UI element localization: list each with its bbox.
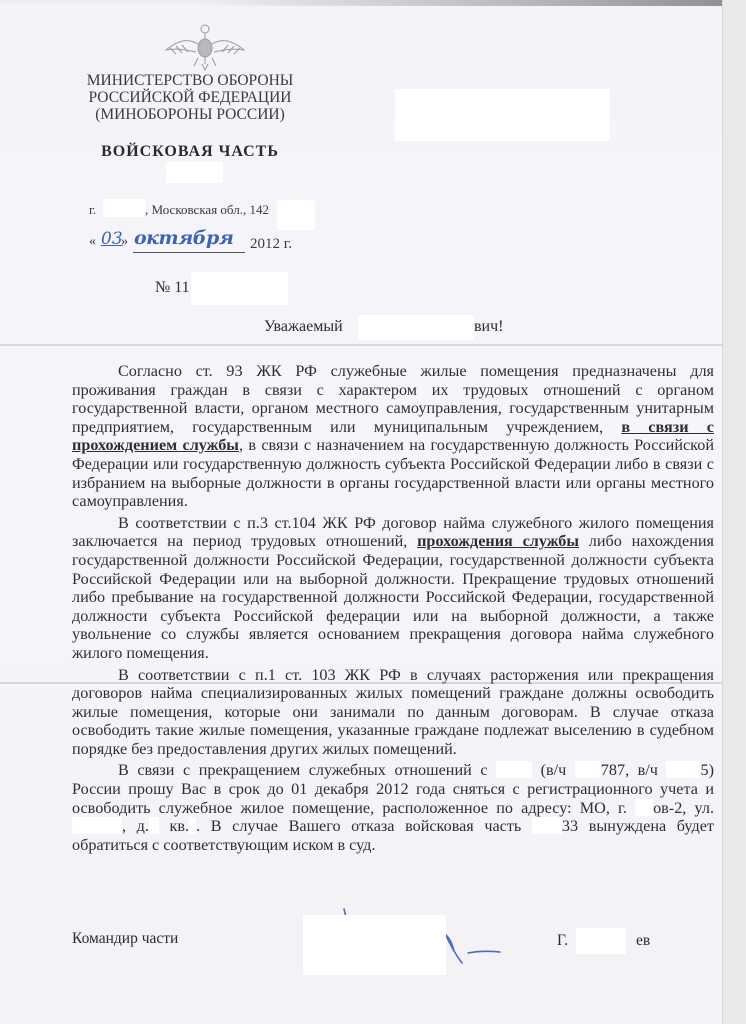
paragraph-text: ов-2, ул. xyxy=(653,799,714,817)
paper-top-shadow xyxy=(200,0,722,6)
paragraph-eviction: В соответствии с п.1 ст. 103 ЖК РФ в слу… xyxy=(72,666,714,759)
address-region: , Московская обл., 142 xyxy=(145,202,269,218)
redaction-recipient-block xyxy=(395,89,610,141)
redaction-document-number xyxy=(191,272,288,305)
unit-title: ВОЙСКОВАЯ ЧАСТЬ xyxy=(60,143,320,161)
signatory-name-prefix: Г. xyxy=(557,932,568,950)
paragraph-text: . В случае Вашего отказа войсковая часть xyxy=(196,817,532,835)
fold-crease xyxy=(0,344,722,346)
redaction-house xyxy=(149,817,159,834)
paragraph-demand: В связи с прекращением служебных отношен… xyxy=(72,761,714,854)
paragraph-text: либо нахождения государственной должност… xyxy=(72,532,714,662)
paper-edge-strip xyxy=(722,0,746,1024)
ministry-line-3: (МИНОБОРОНЫ РОССИИ) xyxy=(70,106,310,123)
redaction-unit-1 xyxy=(575,761,601,778)
salutation-suffix: вич! xyxy=(474,318,504,336)
signatory-position: Командир части xyxy=(72,930,178,948)
redaction-unit-3 xyxy=(532,817,562,834)
paragraph-contract-term: В соответствии с п.3 ст.104 ЖК РФ догово… xyxy=(72,514,714,663)
paragraph-text: кв. xyxy=(159,817,189,835)
address-prefix: г. xyxy=(89,202,96,218)
ministry-line-2: РОССИЙСКОЙ ФЕДЕРАЦИИ xyxy=(70,89,310,106)
date-year: 2012 г. xyxy=(250,236,292,253)
redaction-unit-number xyxy=(166,162,223,183)
redaction-unit-2 xyxy=(666,761,700,778)
date-open-quote: « xyxy=(89,234,96,250)
paragraph-text: В связи с прекращением служебных отношен… xyxy=(118,761,496,779)
redaction-recipient-name xyxy=(358,315,474,340)
redaction-signatory-name xyxy=(576,928,626,954)
document-number: № 11 xyxy=(155,279,190,297)
signatory-name-suffix: ев xyxy=(636,932,650,950)
redaction-city-2 xyxy=(635,799,653,816)
redaction-date xyxy=(496,761,532,778)
salutation-prefix: Уважаемый xyxy=(264,318,343,336)
date-close-quote: » xyxy=(121,234,128,250)
redaction-signature xyxy=(303,915,446,975)
redaction-street xyxy=(72,817,122,834)
paragraph-text: Согласно ст. 93 ЖК РФ служебные жилые по… xyxy=(72,362,714,436)
emphasis-service: прохождения службы xyxy=(417,532,579,550)
paragraph-text: 787, в/ч xyxy=(601,761,667,779)
date-day: 03 xyxy=(101,229,123,249)
date-underline xyxy=(133,252,245,253)
letter-body: Согласно ст. 93 ЖК РФ служебные жилые по… xyxy=(72,362,714,854)
redaction-postcode xyxy=(277,200,315,230)
double-headed-eagle-icon xyxy=(160,20,250,72)
paragraph-text: , д. xyxy=(122,817,149,835)
paragraph-housing-purpose: Согласно ст. 93 ЖК РФ служебные жилые по… xyxy=(72,362,714,511)
redaction-city xyxy=(103,199,146,217)
paragraph-text: (в/ч xyxy=(532,761,575,779)
ministry-line-1: МИНИСТЕРСТВО ОБОРОНЫ xyxy=(70,72,310,89)
date-month: октября xyxy=(134,227,233,249)
